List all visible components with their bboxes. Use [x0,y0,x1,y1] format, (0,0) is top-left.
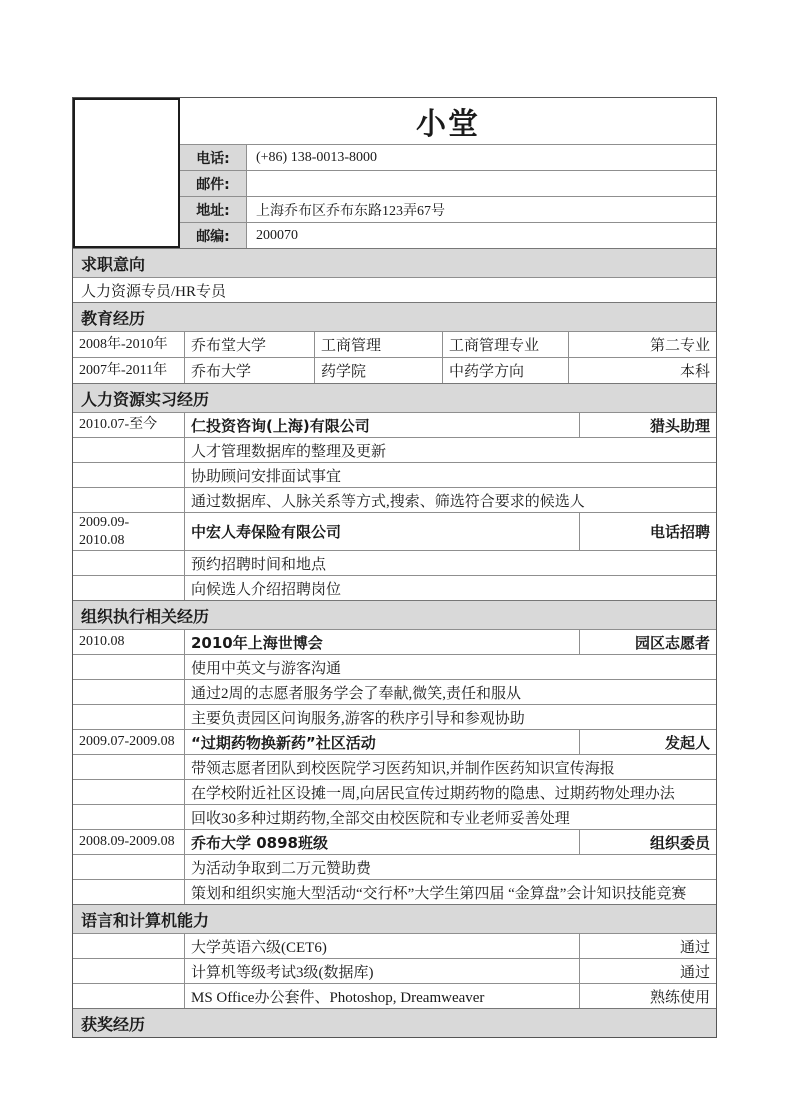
education-degree: 本科 [569,358,716,383]
section-header-education: 教育经历 [73,302,716,331]
job-bullet: 策划和组织实施大型活动“交行杯”大学生第四届 “金算盘”会计知识技能竞赛 [185,880,716,904]
skill-row: MS Office办公套件、Photoshop, Dreamweaver 熟练使… [73,983,716,1008]
page-title: 小堂 [180,98,716,145]
empty-date-cell [73,780,185,804]
job-role: 园区志愿者 [580,630,716,654]
objective-value: 人力资源专员/HR专员 [73,278,716,302]
empty-date-cell [73,984,185,1008]
job-org: 2010年上海世博会 [185,630,580,654]
education-row: 2007年-2011年 乔布大学 药学院 中药学方向 本科 [73,357,716,383]
job-bullet: 在学校附近社区设摊一周,向居民宣传过期药物的隐患、过期药物处理办法 [185,780,716,804]
job-period: 2009.09- 2010.08 [73,513,185,550]
job-bullet-row: 带领志愿者团队到校医院学习医药知识,并制作医药知识宣传海报 [73,754,716,779]
education-college: 药学院 [315,358,443,383]
job-org: “过期药物换新药”社区活动 [185,730,580,754]
job-bullet: 协助顾问安排面试事宜 [185,463,716,487]
job-bullet: 通过数据库、人脉关系等方式,搜索、筛选符合要求的候选人 [185,488,716,512]
resume-table: 小堂 电话: (+86) 138-0013-8000 邮件: 地址: 上海乔布区… [72,97,717,1038]
job-bullet-row: 使用中英文与游客沟通 [73,654,716,679]
job-title-row: 2009.07-2009.08 “过期药物换新药”社区活动 发起人 [73,729,716,754]
job-org: 乔布大学 0898班级 [185,830,580,854]
job-bullet-row: 主要负责园区问询服务,游客的秩序引导和参观协助 [73,704,716,729]
job-org: 中宏人寿保险有限公司 [185,513,580,550]
job-bullet: 使用中英文与游客沟通 [185,655,716,679]
job-bullet: 通过2周的志愿者服务学会了奉献,微笑,责任和服从 [185,680,716,704]
job-bullet: 预约招聘时间和地点 [185,551,716,575]
section-header-awards: 获奖经历 [73,1008,716,1037]
education-period: 2008年-2010年 [73,332,185,357]
empty-date-cell [73,705,185,729]
section-header-organization: 组织执行相关经历 [73,600,716,629]
job-role: 发起人 [580,730,716,754]
empty-date-cell [73,880,185,904]
job-bullet-row: 通过数据库、人脉关系等方式,搜索、筛选符合要求的候选人 [73,487,716,512]
job-bullet-row: 人才管理数据库的整理及更新 [73,437,716,462]
job-bullet: 带领志愿者团队到校医院学习医药知识,并制作医药知识宣传海报 [185,755,716,779]
section-header-internship: 人力资源实习经历 [73,383,716,412]
skill-level: 熟练使用 [580,984,716,1008]
phone-value: (+86) 138-0013-8000 [247,145,716,170]
header-right: 小堂 电话: (+86) 138-0013-8000 邮件: 地址: 上海乔布区… [180,98,716,248]
skill-name: 计算机等级考试3级(数据库) [185,959,580,983]
empty-date-cell [73,805,185,829]
job-bullet-row: 在学校附近社区设摊一周,向居民宣传过期药物的隐患、过期药物处理办法 [73,779,716,804]
zip-label: 邮编: [180,223,247,248]
job-org: 仁投资咨询(上海)有限公司 [185,413,580,437]
skill-row: 计算机等级考试3级(数据库) 通过 [73,958,716,983]
job-bullet: 回收30多种过期药物,全部交由校医院和专业老师妥善处理 [185,805,716,829]
job-bullet-row: 通过2周的志愿者服务学会了奉献,微笑,责任和服从 [73,679,716,704]
section-header-skills: 语言和计算机能力 [73,904,716,933]
empty-date-cell [73,655,185,679]
skill-name: MS Office办公套件、Photoshop, Dreamweaver [185,984,580,1008]
job-bullet: 人才管理数据库的整理及更新 [185,438,716,462]
resume-page: { "header": { "name": "小堂", "contact": [… [0,0,792,1120]
job-bullet-row: 预约招聘时间和地点 [73,550,716,575]
contact-row-address: 地址: 上海乔布区乔布东路123弄67号 [180,197,716,223]
header-block: 小堂 电话: (+86) 138-0013-8000 邮件: 地址: 上海乔布区… [73,98,716,248]
education-college: 工商管理 [315,332,443,357]
skill-row: 大学英语六级(CET6) 通过 [73,933,716,958]
contact-row-email: 邮件: [180,171,716,197]
education-major: 工商管理专业 [443,332,569,357]
job-bullet: 主要负责园区问询服务,游客的秩序引导和参观协助 [185,705,716,729]
job-title-row: 2010.08 2010年上海世博会 园区志愿者 [73,629,716,654]
empty-date-cell [73,576,185,600]
empty-date-cell [73,855,185,879]
education-school: 乔布堂大学 [185,332,315,357]
education-school: 乔布大学 [185,358,315,383]
job-title-row: 2008.09-2009.08 乔布大学 0898班级 组织委员 [73,829,716,854]
job-bullet-row: 向候选人介绍招聘岗位 [73,575,716,600]
job-bullet-row: 回收30多种过期药物,全部交由校医院和专业老师妥善处理 [73,804,716,829]
photo-placeholder [73,98,180,248]
address-label: 地址: [180,197,247,222]
empty-date-cell [73,438,185,462]
objective-row: 人力资源专员/HR专员 [73,277,716,302]
job-period: 2009.07-2009.08 [73,730,185,754]
job-period: 2010.08 [73,630,185,654]
empty-date-cell [73,934,185,958]
education-row: 2008年-2010年 乔布堂大学 工商管理 工商管理专业 第二专业 [73,331,716,357]
job-period: 2010.07-至今 [73,413,185,437]
education-period: 2007年-2011年 [73,358,185,383]
skill-name: 大学英语六级(CET6) [185,934,580,958]
address-value: 上海乔布区乔布东路123弄67号 [247,197,716,222]
email-label: 邮件: [180,171,247,196]
section-header-objective: 求职意向 [73,248,716,277]
education-major: 中药学方向 [443,358,569,383]
contact-row-zip: 邮编: 200070 [180,223,716,248]
phone-label: 电话: [180,145,247,170]
empty-date-cell [73,463,185,487]
job-bullet: 为活动争取到二万元赞助费 [185,855,716,879]
contact-row-phone: 电话: (+86) 138-0013-8000 [180,145,716,171]
skill-level: 通过 [580,934,716,958]
job-role: 猎头助理 [580,413,716,437]
empty-date-cell [73,488,185,512]
job-period: 2008.09-2009.08 [73,830,185,854]
empty-date-cell [73,551,185,575]
skill-level: 通过 [580,959,716,983]
empty-date-cell [73,755,185,779]
job-bullet-row: 策划和组织实施大型活动“交行杯”大学生第四届 “金算盘”会计知识技能竞赛 [73,879,716,904]
job-bullet-row: 协助顾问安排面试事宜 [73,462,716,487]
job-role: 组织委员 [580,830,716,854]
job-role: 电话招聘 [580,513,716,550]
email-value [247,171,716,196]
job-bullet-row: 为活动争取到二万元赞助费 [73,854,716,879]
job-bullet: 向候选人介绍招聘岗位 [185,576,716,600]
empty-date-cell [73,959,185,983]
empty-date-cell [73,680,185,704]
education-degree: 第二专业 [569,332,716,357]
job-title-row: 2010.07-至今 仁投资咨询(上海)有限公司 猎头助理 [73,412,716,437]
zip-value: 200070 [247,223,716,248]
job-title-row: 2009.09- 2010.08 中宏人寿保险有限公司 电话招聘 [73,512,716,550]
